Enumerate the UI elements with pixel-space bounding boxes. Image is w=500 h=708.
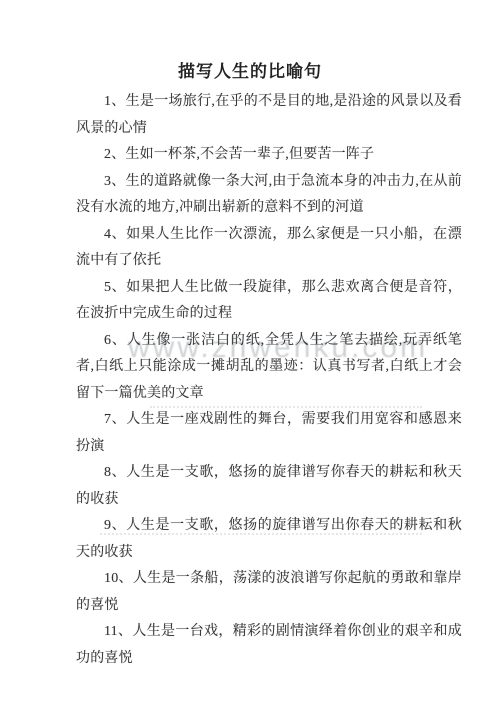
list-item: 10、人生是一条船，荡漾的波浪谱写你起航的勇敢和靠岸的喜悦	[76, 566, 462, 619]
item-text: 人生是一支歌，悠扬的旋律谱写出你春天的耕耘和秋天的收获	[76, 518, 462, 560]
item-number: 2、	[104, 147, 125, 162]
item-number: 5、	[104, 280, 126, 295]
item-text: 人生是一支歌，悠扬的旋律谱写你春天的耕耘和秋天的收获	[76, 465, 462, 507]
item-number: 11、	[104, 624, 132, 639]
list-item: 4、如果人生比作一次漂流，那么家便是一只小船，在漂流中有了依托	[76, 222, 462, 275]
list-item: 7、人生是一座戏剧性的舞台，需要我们用宽容和感恩来扮演	[76, 407, 462, 460]
item-number: 4、	[104, 227, 126, 242]
item-number: 9、	[104, 518, 126, 533]
item-text: 人生是一台戏，精彩的剧情演绎着你创业的艰辛和成功的喜悦	[76, 624, 462, 666]
list-item: 11、人生是一台戏，精彩的剧情演绎着你创业的艰辛和成功的喜悦	[76, 619, 462, 672]
item-number: 8、	[104, 465, 126, 480]
list-item: 2、生如一杯茶,不会苦一辈子,但要苦一阵子	[76, 142, 462, 169]
list-item: 6、人生像一张洁白的纸,全凭人生之笔去描绘,玩弄纸笔者,白纸上只能涂成一摊胡乱的…	[76, 328, 462, 408]
list-item: 3、生的道路就像一条大河,由于急流本身的冲击力,在从前没有水流的地方,冲刷出崭新…	[76, 169, 462, 222]
item-number: 3、	[104, 174, 126, 189]
item-number: 6、	[104, 333, 127, 348]
item-number: 1、	[104, 94, 126, 109]
item-text: 如果把人生比做一段旋律，那么悲欢离合便是音符，在波折中完成生命的过程	[76, 280, 462, 322]
item-text: 生如一杯茶,不会苦一辈子,但要苦一阵子	[125, 147, 374, 162]
item-text: 生是一场旅行,在乎的不是目的地,是沿途的风景以及看风景的心情	[76, 94, 462, 136]
item-text: 生的道路就像一条大河,由于急流本身的冲击力,在从前没有水流的地方,冲刷出崭新的意…	[76, 174, 462, 216]
item-number: 10、	[104, 571, 133, 586]
item-number: 7、	[104, 412, 126, 427]
item-text: 人生是一座戏剧性的舞台，需要我们用宽容和感恩来扮演	[76, 412, 462, 454]
item-text: 人生像一张洁白的纸,全凭人生之笔去描绘,玩弄纸笔者,白纸上只能涂成一摊胡乱的墨迹…	[76, 333, 462, 401]
list-item: 8、人生是一支歌，悠扬的旋律谱写你春天的耕耘和秋天的收获	[76, 460, 462, 513]
item-text: 如果人生比作一次漂流，那么家便是一只小船，在漂流中有了依托	[76, 227, 462, 269]
list-item: 9、人生是一支歌，悠扬的旋律谱写出你春天的耕耘和秋天的收获	[76, 513, 462, 566]
document-body: 1、生是一场旅行,在乎的不是目的地,是沿途的风景以及看风景的心情 2、生如一杯茶…	[0, 89, 500, 672]
document-title: 描写人生的比喻句	[0, 0, 500, 89]
document-page: www.zhwenku.com 描写人生的比喻句 1、生是一场旅行,在乎的不是目…	[0, 0, 500, 708]
list-item: 1、生是一场旅行,在乎的不是目的地,是沿途的风景以及看风景的心情	[76, 89, 462, 142]
list-item: 5、如果把人生比做一段旋律，那么悲欢离合便是音符，在波折中完成生命的过程	[76, 275, 462, 328]
item-text: 人生是一条船，荡漾的波浪谱写你起航的勇敢和靠岸的喜悦	[76, 571, 462, 613]
